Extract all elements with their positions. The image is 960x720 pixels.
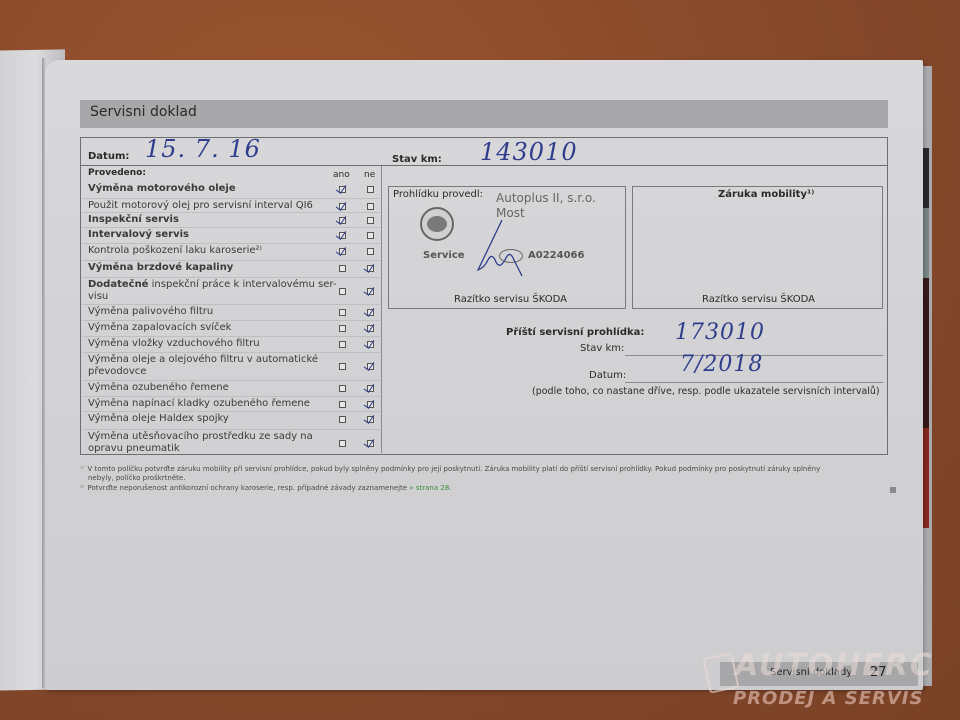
checklist-item: Výměna oleje Haldex spojky: [88, 413, 229, 425]
next-note: (podle toho, co nastane dříve, resp. pod…: [532, 386, 880, 397]
next-date-line: [625, 382, 883, 383]
checklist-item: Výměna utěsňovacího prostředku ze sady n…: [88, 431, 313, 455]
checklist-separator: [82, 411, 380, 412]
checklist-item-label: Dodatečné inspekční práce k intervalovém…: [88, 279, 336, 291]
footnote-2: ²⁾Potvrďte neporušenost antikorozní ochr…: [80, 484, 452, 493]
checklist-separator: [82, 304, 380, 305]
mobility-stamp-box: [632, 186, 883, 309]
checklist-item-label: Výměna brzdové kapaliny: [88, 262, 233, 274]
divider: [81, 165, 887, 166]
checklist-item-label: Výměna ozubeného řemene: [88, 382, 229, 394]
signature: [470, 218, 530, 278]
checklist-item-label: Výměna napínací kladky ozubeného řemene: [88, 398, 310, 410]
checkbox-no[interactable]: [367, 440, 374, 447]
checkbox-yes[interactable]: [339, 288, 346, 295]
checklist-separator: [82, 396, 380, 397]
date-handwritten[interactable]: 15. 7. 16: [145, 135, 261, 163]
km-handwritten[interactable]: 143010: [480, 138, 578, 166]
checklist-separator: [82, 429, 380, 430]
mobility-title: Záruka mobility¹⁾: [718, 189, 814, 200]
checklist-item: Výměna ozubeného řemene: [88, 382, 229, 394]
checklist-separator: [82, 336, 380, 337]
checklist-item: Výměna vložky vzduchového filtru: [88, 338, 260, 350]
footnote-2-mark: ²⁾: [80, 484, 85, 492]
next-inspection-label: Příští servisní prohlídka:: [506, 327, 644, 338]
checklist-item-label: Použit motorový olej pro servisní interv…: [88, 200, 313, 212]
footnote-1: ¹⁾V tomto políčku potvrďte záruku mobili…: [80, 465, 820, 474]
checkbox-no[interactable]: [367, 186, 374, 193]
footnote-1-mark: ¹⁾: [80, 465, 85, 473]
checklist-item-label: Kontrola poškození laku karoserie²⁾: [88, 245, 262, 257]
checkbox-no[interactable]: [367, 265, 374, 272]
checkbox-no[interactable]: [367, 401, 374, 408]
checklist-item-label: Výměna utěsňovacího prostředku ze sady n…: [88, 431, 313, 443]
checklist-item-label: Výměna palivového filtru: [88, 306, 213, 318]
mobility-caption: Razítko servisu ŠKODA: [702, 294, 815, 305]
checklist-item: Výměna palivového filtru: [88, 306, 213, 318]
checkbox-no[interactable]: [367, 325, 374, 332]
checklist-separator: [82, 277, 380, 278]
page-28-link[interactable]: » strana 28.: [409, 484, 451, 492]
checklist-item: Výměna oleje a olejového filtru v automa…: [88, 354, 318, 378]
checkbox-no[interactable]: [367, 248, 374, 255]
checklist-separator: [82, 198, 380, 199]
footnote-1-text: V tomto políčku potvrďte záruku mobility…: [88, 465, 821, 473]
checkbox-yes[interactable]: [339, 385, 346, 392]
checkbox-yes[interactable]: [339, 248, 346, 255]
checkbox-yes[interactable]: [339, 325, 346, 332]
checkbox-yes[interactable]: [339, 341, 346, 348]
col-yes-label: ano: [333, 170, 350, 180]
checkbox-yes[interactable]: [339, 309, 346, 316]
checkbox-no[interactable]: [367, 232, 374, 239]
checklist-item-label: Inspekční servis: [88, 214, 179, 226]
checklist-item-label: Výměna zapalovacích svíček: [88, 322, 231, 334]
stamp-code: A0224066: [528, 250, 584, 261]
checkbox-yes[interactable]: [339, 232, 346, 239]
stamp-company: Autoplus II, s.r.o.: [496, 191, 596, 205]
checkbox-yes[interactable]: [339, 217, 346, 224]
checklist-item-label: Intervalový servis: [88, 229, 189, 241]
checkbox-yes[interactable]: [339, 440, 346, 447]
checklist-item: Kontrola poškození laku karoserie²⁾: [88, 245, 262, 257]
checklist-separator: [82, 352, 380, 353]
checkbox-no[interactable]: [367, 416, 374, 423]
checkbox-no[interactable]: [367, 203, 374, 210]
checklist-separator: [82, 212, 380, 213]
inspection-by-label: Prohlídku provedl:: [393, 189, 483, 200]
footnote-1b: nebyly, políčko proškrtněte.: [88, 474, 185, 483]
checklist-item-label: Výměna oleje a olejového filtru v automa…: [88, 354, 318, 366]
stamp-logo-text: Service: [423, 250, 465, 261]
checklist-separator: [82, 227, 380, 228]
checklist-item-label: Výměna motorového oleje: [88, 183, 236, 195]
checkbox-yes[interactable]: [339, 401, 346, 408]
next-km-handwritten[interactable]: 173010: [675, 320, 765, 345]
end-marker-icon: [890, 487, 896, 493]
next-km-label: Stav km:: [580, 343, 624, 354]
checkbox-no[interactable]: [367, 385, 374, 392]
checkbox-yes[interactable]: [339, 416, 346, 423]
watermark-tagline: PRODEJ A SERVIS: [733, 688, 923, 709]
checklist-item: Intervalový servis: [88, 229, 189, 241]
checkbox-yes[interactable]: [339, 363, 346, 370]
date-label: Datum:: [88, 151, 129, 162]
skoda-logo-icon: [420, 207, 454, 241]
next-date-label: Datum:: [589, 370, 626, 381]
title-bar: Servisni doklad: [80, 100, 888, 128]
stamp-caption: Razítko servisu ŠKODA: [454, 294, 567, 305]
checklist-item: Výměna napínací kladky ozubeného řemene: [88, 398, 310, 410]
checklist-separator: [82, 260, 380, 261]
next-date-handwritten[interactable]: 7/2018: [680, 352, 763, 377]
checkbox-no[interactable]: [367, 217, 374, 224]
page-title: Servisni doklad: [90, 104, 197, 120]
footnote-2-text: Potvrďte neporušenost antikorozní ochran…: [88, 484, 408, 492]
checkbox-yes[interactable]: [339, 186, 346, 193]
checklist-item-label: Výměna vložky vzduchového filtru: [88, 338, 260, 350]
checklist-item-label-cont: převodovce: [88, 366, 318, 378]
checklist-separator: [82, 320, 380, 321]
km-label: Stav km:: [392, 154, 442, 165]
checklist-item: Výměna brzdové kapaliny: [88, 262, 233, 274]
col-no-label: ne: [364, 170, 375, 180]
checklist-item: Inspekční servis: [88, 214, 179, 226]
checkbox-yes[interactable]: [339, 203, 346, 210]
performed-label: Provedeno:: [88, 168, 146, 178]
checklist-item: Výměna zapalovacích svíček: [88, 322, 231, 334]
checklist-item-label-cont: opravu pneumatik: [88, 443, 313, 455]
checklist-item: Použit motorový olej pro servisní interv…: [88, 200, 313, 212]
checklist-item-label-cont: visu: [88, 291, 336, 303]
watermark-brand: AUTOHERC: [735, 648, 934, 683]
checkbox-no[interactable]: [367, 309, 374, 316]
checkbox-no[interactable]: [367, 288, 374, 295]
checklist-item: Výměna motorového oleje: [88, 183, 236, 195]
checklist-separator: [82, 380, 380, 381]
checklist-separator: [82, 243, 380, 244]
checkbox-yes[interactable]: [339, 265, 346, 272]
checklist-item: Dodatečné inspekční práce k intervalovém…: [88, 279, 336, 303]
column-divider: [381, 166, 382, 453]
checkbox-no[interactable]: [367, 341, 374, 348]
checkbox-no[interactable]: [367, 363, 374, 370]
checklist-item-label: Výměna oleje Haldex spojky: [88, 413, 229, 425]
